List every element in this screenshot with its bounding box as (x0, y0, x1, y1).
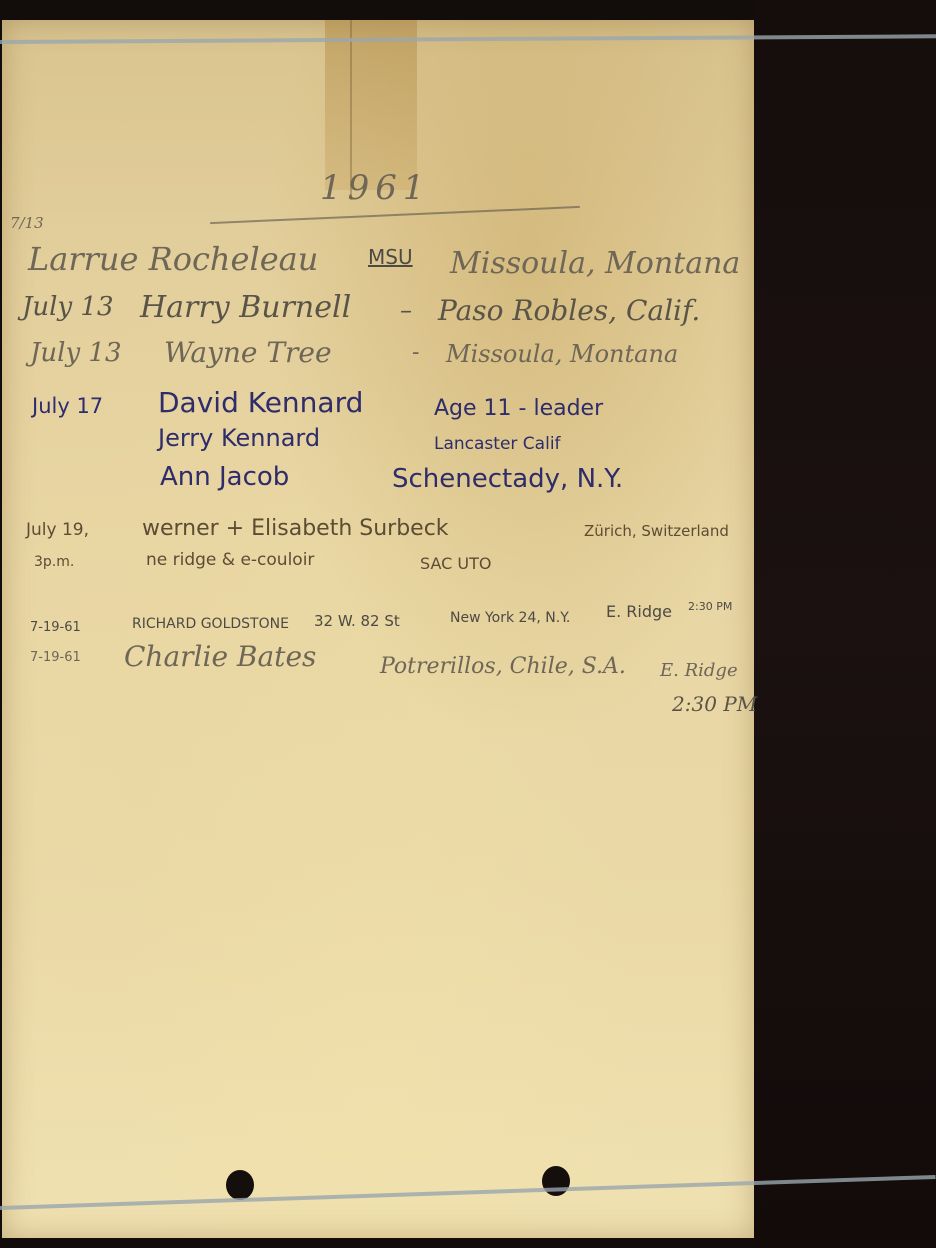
entry-date: July 13 (30, 338, 122, 368)
year-heading: 1961 (320, 168, 431, 208)
entry-route: ne ridge & e-couloir (146, 550, 314, 570)
entry-time: 2:30 PM (672, 692, 757, 716)
entry-location: Potrerillos, Chile, S.A. (380, 654, 626, 679)
entry-route: E. Ridge (660, 660, 738, 681)
entry-location: Lancaster Calif (434, 434, 561, 454)
entry-name: Ann Jacob (160, 462, 289, 492)
entry-date: 7-19-61 (30, 620, 81, 635)
entry-name: werner + Elisabeth Surbeck (142, 516, 449, 541)
entry-date: 7-19-61 (30, 650, 81, 665)
entry-club: SAC UTO (420, 554, 491, 573)
entry-location: Schenectady, N.Y. (392, 464, 623, 494)
entry-name: RICHARD GOLDSTONE (132, 616, 289, 632)
entry-time: 3p.m. (34, 554, 74, 570)
entry-name: Wayne Tree (164, 336, 332, 369)
entry-route: E. Ridge (606, 602, 672, 621)
entry-location: Missoula, Montana (450, 246, 740, 281)
entry-name: Charlie Bates (124, 640, 316, 673)
entry-location: Missoula, Montana (446, 340, 678, 368)
entry-location: New York 24, N.Y. (450, 610, 570, 626)
entry-date: 7/13 (10, 214, 44, 232)
entry-address: 32 W. 82 St (314, 612, 400, 630)
entry-date: July 13 (22, 292, 114, 322)
entry-note: Age 11 - leader (434, 396, 603, 421)
binder-hole (226, 1170, 254, 1200)
entry-name: Jerry Kennard (158, 424, 320, 452)
entry-location-city: Zürich, Switzerland (584, 522, 729, 540)
entry-separator: – (400, 296, 412, 324)
entry-time: 2:30 PM (688, 600, 732, 613)
entry-separator: - (412, 340, 419, 365)
entry-date: July 19, (26, 520, 89, 540)
entry-date: July 17 (32, 394, 103, 418)
entry-name: Larrue Rocheleau (28, 240, 318, 278)
entry-location: Paso Robles, Calif. (438, 294, 700, 327)
entry-name: David Kennard (158, 386, 363, 419)
entry-affiliation: MSU (368, 245, 413, 269)
tape-strip (325, 20, 417, 190)
dark-background (754, 0, 936, 1248)
entry-name: Harry Burnell (140, 290, 351, 325)
